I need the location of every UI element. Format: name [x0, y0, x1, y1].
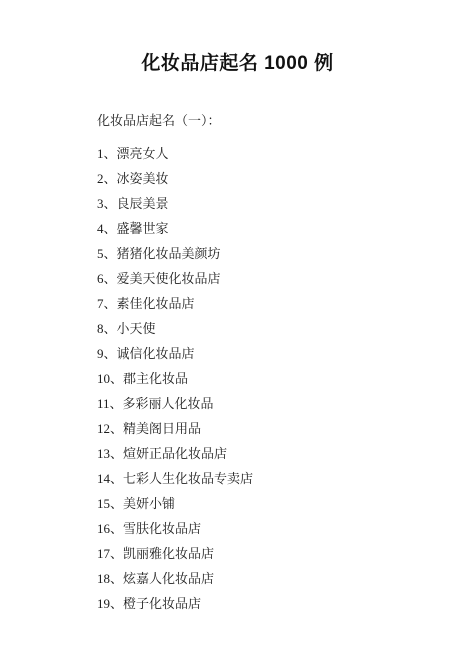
list-item: 9、诚信化妆品店	[97, 341, 435, 366]
list-item: 3、良辰美景	[97, 191, 435, 216]
list-item: 18、炫嘉人化妆品店	[97, 566, 435, 591]
list-item: 16、雪肤化妆品店	[97, 516, 435, 541]
list-item: 11、多彩丽人化妆品	[97, 391, 435, 416]
document-title: 化妆品店起名 1000 例	[0, 50, 475, 78]
list-item: 5、猪猪化妆品美颜坊	[97, 241, 435, 266]
list-item: 8、小天使	[97, 316, 435, 341]
document-body: 化妆品店起名（一）： 1、漂亮女人 2、冰姿美妆 3、良辰美景 4、盛馨世家 5…	[0, 108, 475, 616]
list-item: 14、七彩人生化妆品专卖店	[97, 466, 435, 491]
list-item: 1、漂亮女人	[97, 141, 435, 166]
document-page: 化妆品店起名 1000 例 化妆品店起名（一）： 1、漂亮女人 2、冰姿美妆 3…	[0, 0, 475, 672]
store-name-list: 1、漂亮女人 2、冰姿美妆 3、良辰美景 4、盛馨世家 5、猪猪化妆品美颜坊 6…	[97, 141, 435, 616]
list-item: 4、盛馨世家	[97, 216, 435, 241]
list-item: 6、爱美天使化妆品店	[97, 266, 435, 291]
list-item: 17、凯丽雅化妆品店	[97, 541, 435, 566]
list-item: 7、素佳化妆品店	[97, 291, 435, 316]
list-item: 10、郡主化妆品	[97, 366, 435, 391]
list-item: 13、煊妍正品化妆品店	[97, 441, 435, 466]
section-heading: 化妆品店起名（一）：	[97, 108, 435, 133]
list-item: 19、橙子化妆品店	[97, 591, 435, 616]
list-item: 15、美妍小铺	[97, 491, 435, 516]
list-item: 2、冰姿美妆	[97, 166, 435, 191]
list-item: 12、精美阁日用品	[97, 416, 435, 441]
